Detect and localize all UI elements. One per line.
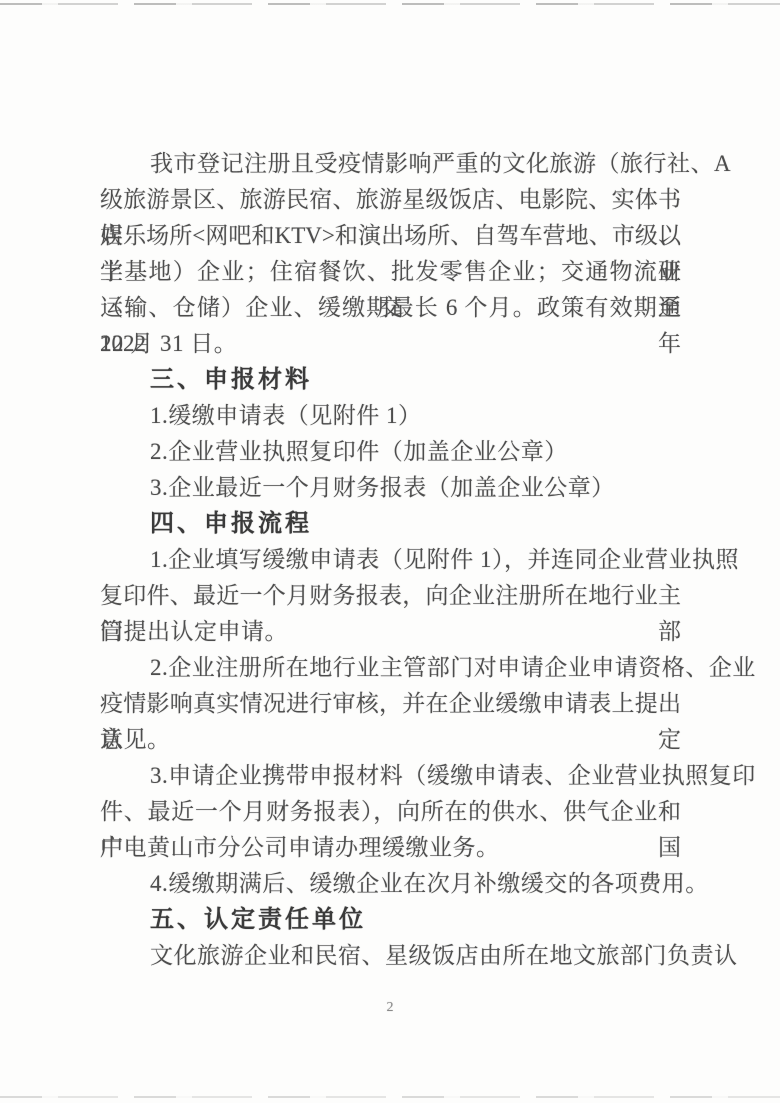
section-heading-materials: 三、申报材料	[100, 362, 681, 398]
text-line: 件、最近一个月财务报表），向所在的供水、供气企业和中国	[100, 794, 681, 830]
list-item: 3.企业最近一个月财务报表（加盖企业公章）	[100, 470, 681, 506]
list-item: 2.企业营业执照复印件（加盖企业公章）	[100, 434, 681, 470]
document-text-block: 我市登记注册且受疫情影响严重的文化旅游（旅行社、A 级旅游景区、旅游民宿、旅游星…	[100, 146, 681, 974]
section-heading-process: 四、申报流程	[100, 506, 681, 542]
text-line: 2.企业注册所在地行业主管部门对申请企业申请资格、企业	[100, 650, 681, 686]
text-line: 我市登记注册且受疫情影响严重的文化旅游（旅行社、A	[100, 146, 681, 182]
text-line: 4.缓缴期满后、缓缴企业在次月补缴缓交的各项费用。	[100, 866, 681, 902]
text-line: 1.企业填写缓缴申请表（见附件 1），并连同企业营业执照	[100, 542, 681, 578]
scanned-document-page: 我市登记注册且受疫情影响严重的文化旅游（旅行社、A 级旅游景区、旅游民宿、旅游星…	[0, 0, 780, 1103]
text-line: 文化旅游企业和民宿、星级饭店由所在地文旅部门负责认	[100, 938, 681, 974]
scan-artifact-bottom-edge	[0, 1096, 780, 1098]
text-line: 复印件、最近一个月财务报表，向企业注册所在地行业主管部	[100, 578, 681, 614]
text-line: 娱乐场所<网吧和KTV>和演出场所、自驾车营地、市级以上研	[100, 218, 681, 254]
section-heading-responsible-units: 五、认定责任单位	[100, 902, 681, 938]
scan-artifact-top-edge	[0, 3, 780, 5]
text-line: 运输、仓储）企业、缓缴期最长 6 个月。政策有效期至 2022 年	[100, 290, 681, 326]
text-line: 疫情影响真实情况进行审核，并在企业缓缴申请表上提出认定	[100, 686, 681, 722]
list-item: 1.缓缴申请表（见附件 1）	[100, 398, 681, 434]
text-line: 3.申请企业携带申报材料（缓缴申请表、企业营业执照复印	[100, 758, 681, 794]
page-number: 2	[0, 1000, 780, 1016]
text-line: 级旅游景区、旅游民宿、旅游星级饭店、电影院、实体书店、	[100, 182, 681, 218]
text-line: 学基地）企业；住宿餐饮、批发零售企业；交通物流业（交通	[100, 254, 681, 290]
